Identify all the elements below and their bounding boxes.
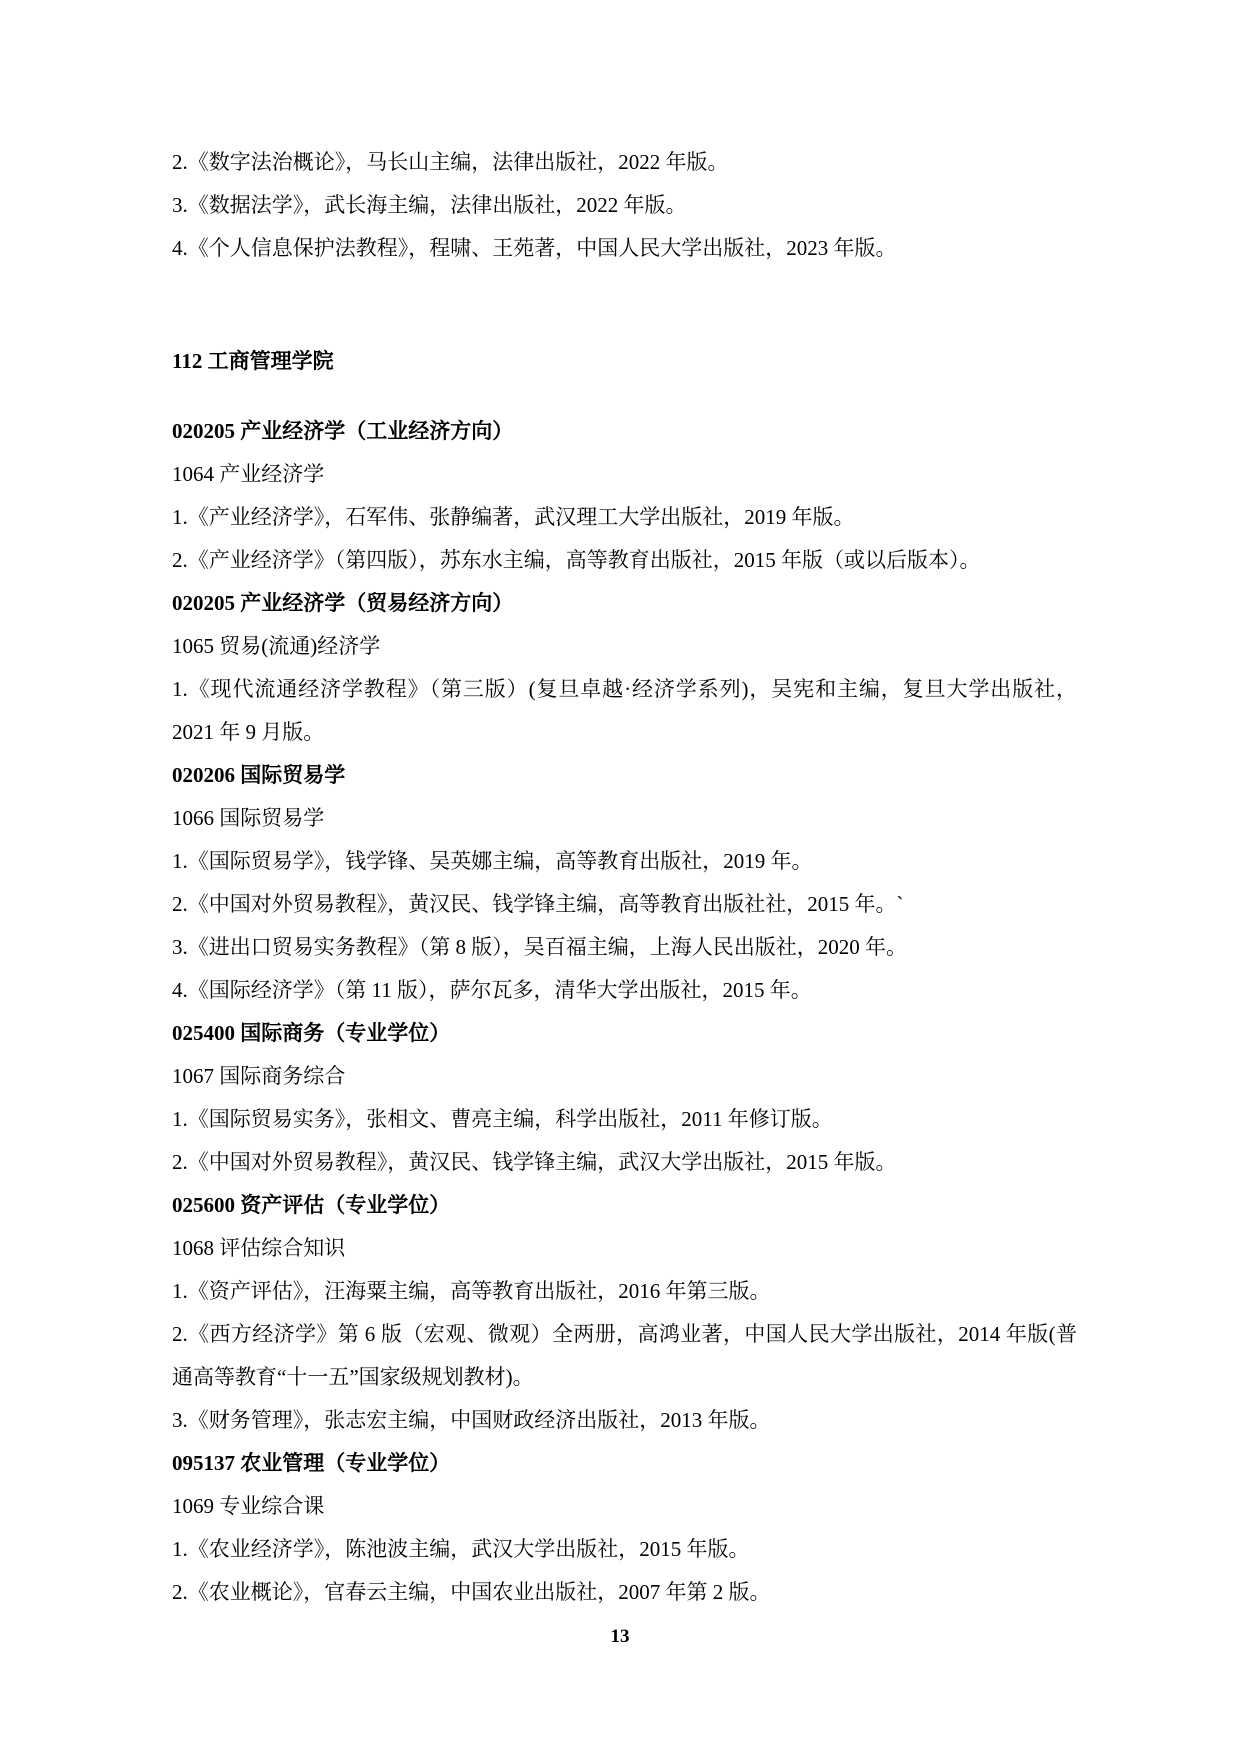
exam-code-line: 1064 产业经济学 (172, 453, 1077, 496)
section-heading: 020205 产业经济学（贸易经济方向） (172, 582, 1077, 625)
exam-code-line: 1069 专业综合课 (172, 1485, 1077, 1528)
exam-code-line: 1068 评估综合知识 (172, 1227, 1077, 1270)
section-heading: 020205 产业经济学（工业经济方向） (172, 410, 1077, 453)
exam-code-line: 1067 国际商务综合 (172, 1055, 1077, 1098)
exam-code-line: 1065 贸易(流通)经济学 (172, 625, 1077, 668)
book-entry: 2.《西方经济学》第 6 版（宏观、微观）全两册，高鸿业著，中国人民大学出版社，… (172, 1313, 1077, 1399)
book-entry: 2.《中国对外贸易教程》，黄汉民、钱学锋主编，高等教育出版社社，2015 年。` (172, 883, 1077, 926)
page-number: 13 (0, 1622, 1240, 1652)
book-entry: 3.《数据法学》，武长海主编，法律出版社，2022 年版。 (172, 184, 1077, 227)
book-entry: 2.《产业经济学》（第四版），苏东水主编，高等教育出版社，2015 年版（或以后… (172, 539, 1077, 582)
section-heading: 025600 资产评估（专业学位） (172, 1184, 1077, 1227)
book-entry: 1.《农业经济学》，陈池波主编，武汉大学出版社，2015 年版。 (172, 1528, 1077, 1571)
book-entry: 4.《个人信息保护法教程》，程啸、王苑著，中国人民大学出版社，2023 年版。 (172, 227, 1077, 270)
book-entry: 1.《国际贸易学》，钱学锋、吴英娜主编，高等教育出版社，2019 年。 (172, 840, 1077, 883)
document-body: 2.《数字法治概论》，马长山主编，法律出版社，2022 年版。 3.《数据法学》… (172, 141, 1077, 1614)
school-heading: 112 工商管理学院 (172, 340, 1077, 383)
book-entry: 3.《进出口贸易实务教程》（第 8 版），吴百福主编，上海人民出版社，2020 … (172, 926, 1077, 969)
book-entry: 2.《数字法治概论》，马长山主编，法律出版社，2022 年版。 (172, 141, 1077, 184)
book-entry: 1.《国际贸易实务》，张相文、曹亮主编，科学出版社，2011 年修订版。 (172, 1098, 1077, 1141)
exam-code-line: 1066 国际贸易学 (172, 797, 1077, 840)
book-entry: 3.《财务管理》，张志宏主编，中国财政经济出版社，2013 年版。 (172, 1399, 1077, 1442)
book-entry: 1.《产业经济学》，石军伟、张静编著，武汉理工大学出版社，2019 年版。 (172, 496, 1077, 539)
section-heading: 020206 国际贸易学 (172, 754, 1077, 797)
book-entry: 4.《国际经济学》（第 11 版），萨尔瓦多，清华大学出版社，2015 年。 (172, 969, 1077, 1012)
section-heading: 025400 国际商务（专业学位） (172, 1012, 1077, 1055)
section-heading: 095137 农业管理（专业学位） (172, 1442, 1077, 1485)
book-entry: 2.《中国对外贸易教程》，黄汉民、钱学锋主编，武汉大学出版社，2015 年版。 (172, 1141, 1077, 1184)
book-entry: 1.《资产评估》，汪海粟主编，高等教育出版社，2016 年第三版。 (172, 1270, 1077, 1313)
book-entry: 2.《农业概论》，官春云主编，中国农业出版社，2007 年第 2 版。 (172, 1571, 1077, 1614)
document-page: 2.《数字法治概论》，马长山主编，法律出版社，2022 年版。 3.《数据法学》… (0, 0, 1240, 1754)
book-entry: 1.《现代流通经济学教程》（第三版）(复旦卓越·经济学系列)，吴宪和主编，复旦大… (172, 668, 1077, 754)
